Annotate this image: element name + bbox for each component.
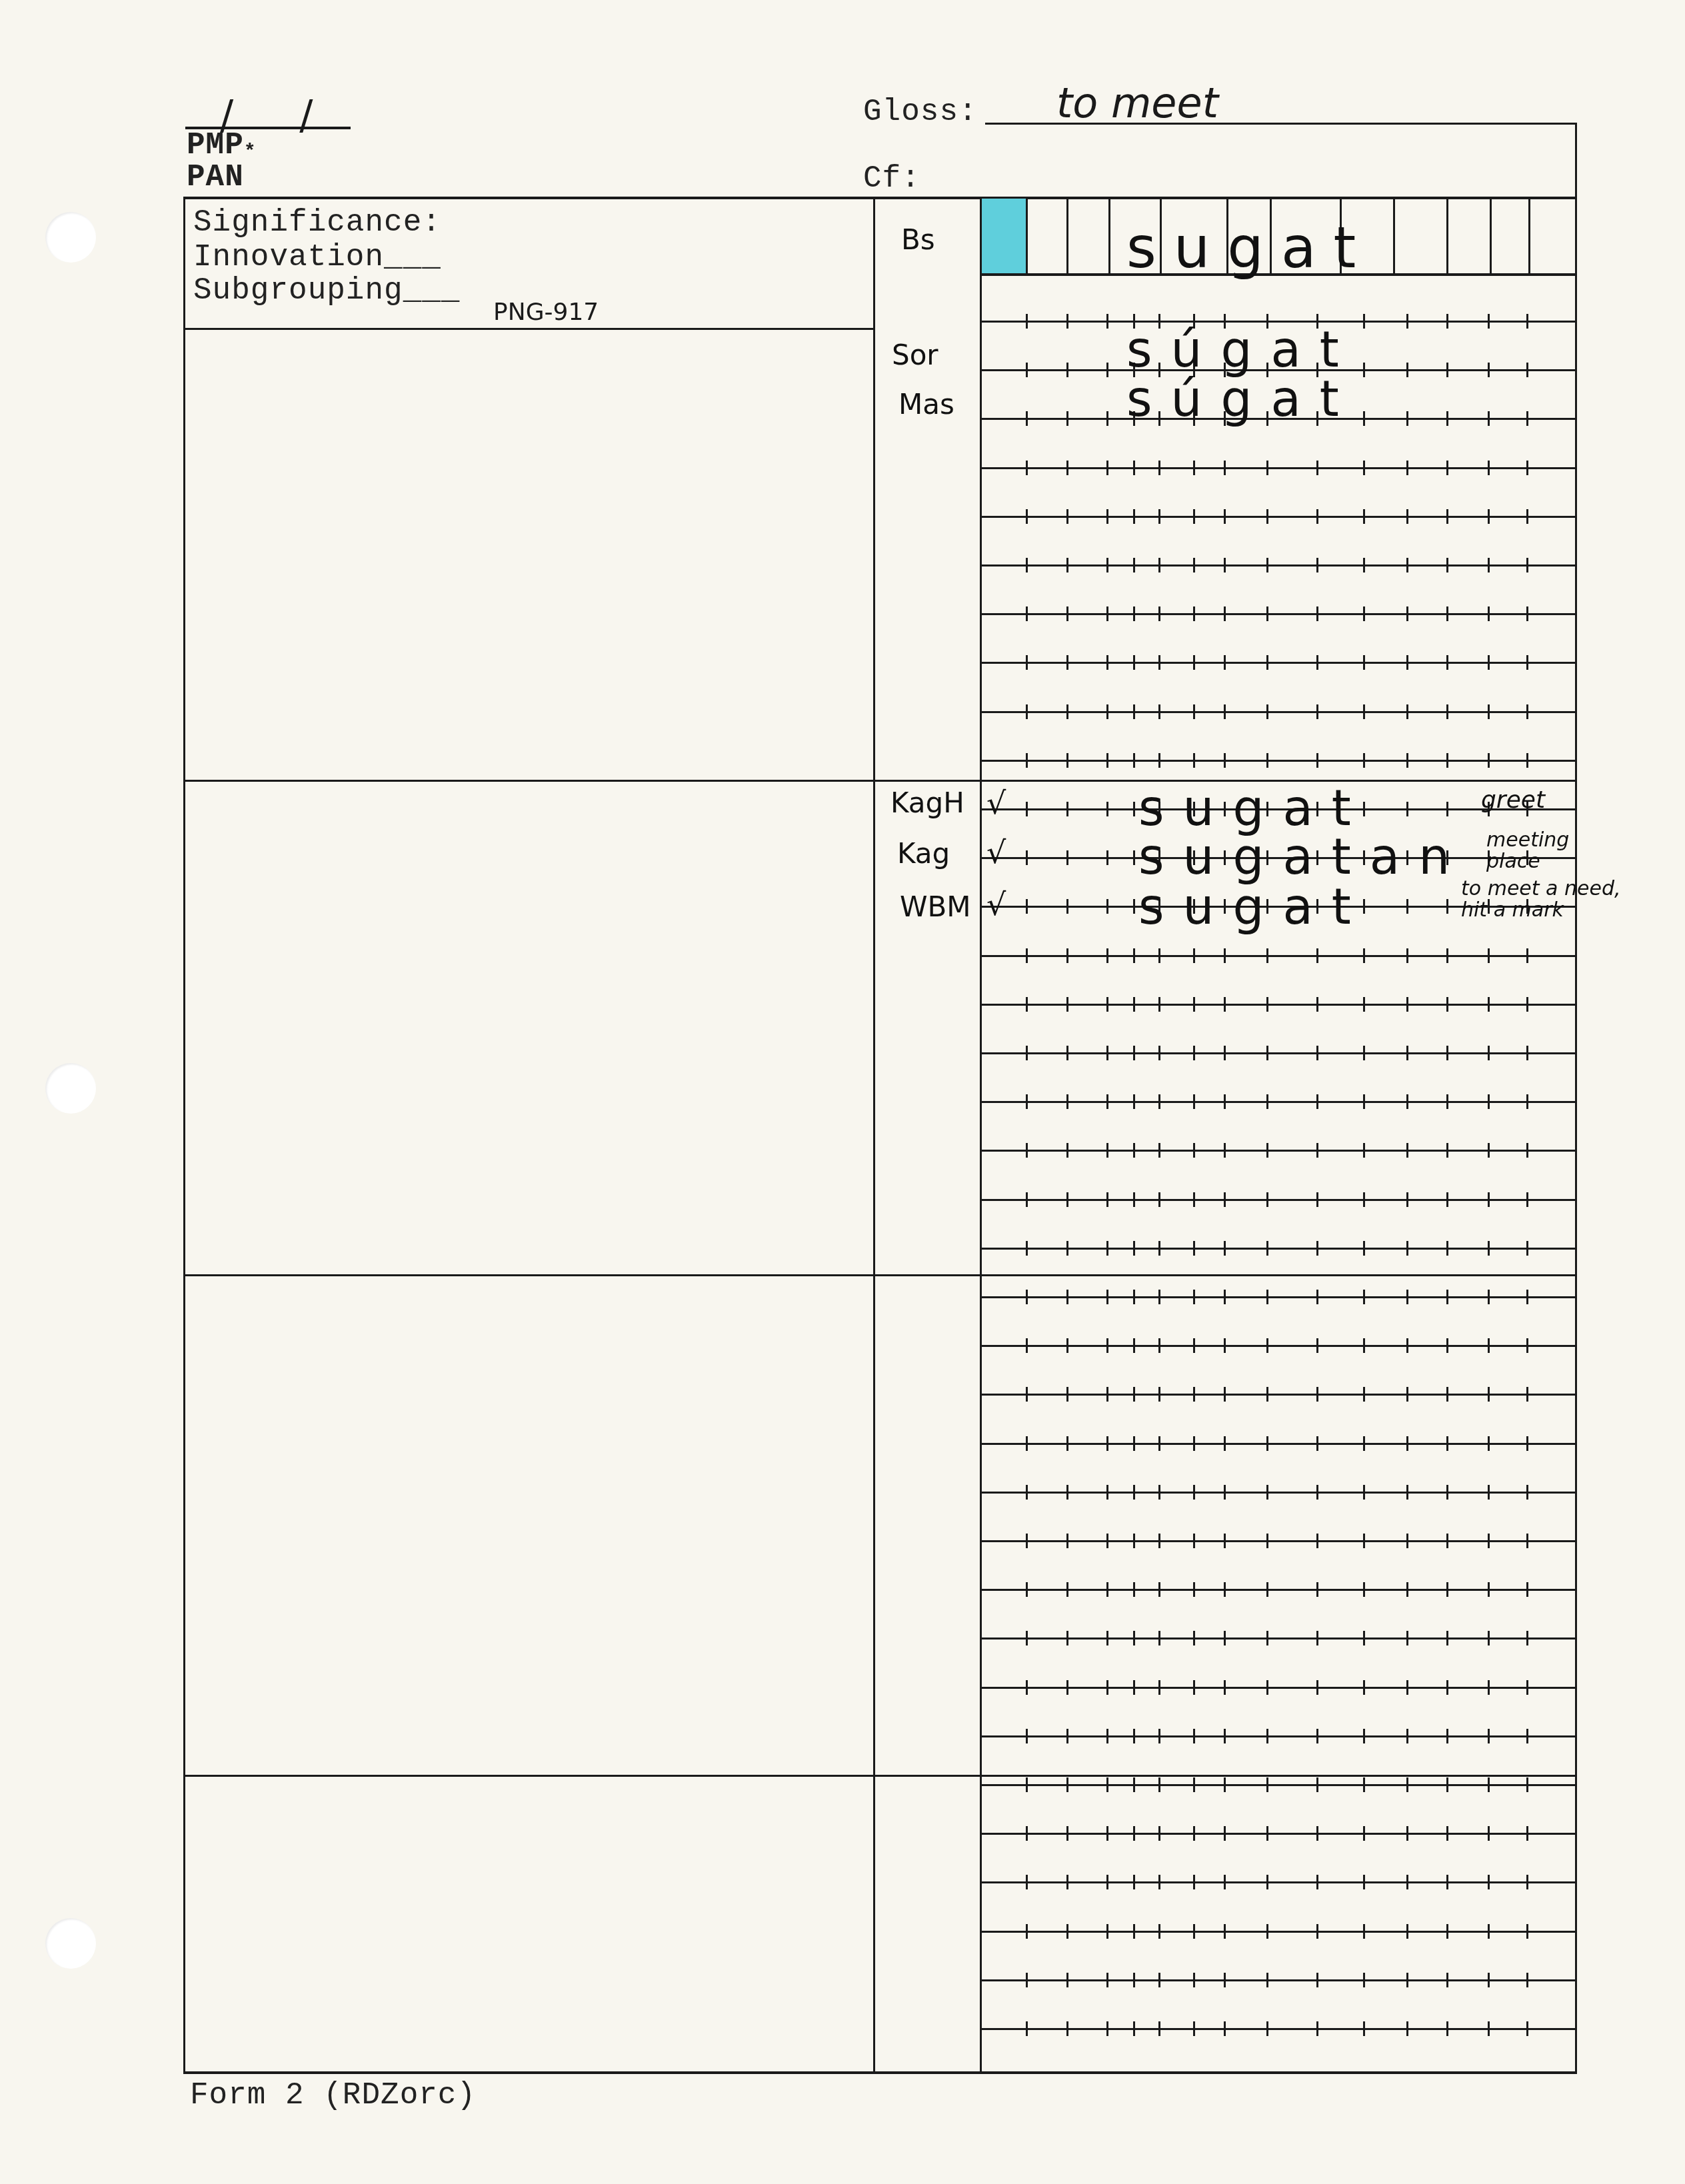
ruled-tick [1363, 655, 1365, 670]
ruled-tick [1224, 606, 1226, 621]
ruled-tick [1106, 1631, 1108, 1645]
ruled-tick [1026, 1973, 1028, 1987]
ruled-tick [1066, 1241, 1068, 1256]
ruled-tick [1224, 1046, 1226, 1060]
frame-bottom [183, 2071, 1577, 2074]
ruled-tick [1224, 1338, 1226, 1353]
ruled-tick [1224, 1290, 1226, 1304]
ruled-tick [1488, 1680, 1490, 1695]
ruled-tick [1446, 1582, 1448, 1597]
ruled-tick [1488, 1338, 1490, 1353]
ruled-tick [1316, 1924, 1318, 1939]
ruled-tick [1488, 997, 1490, 1012]
ruled-tick [1363, 1485, 1365, 1500]
ruled-tick [1488, 461, 1490, 475]
ruled-tick [1266, 655, 1268, 670]
ruled-tick [1266, 1290, 1268, 1304]
ruled-tick [1158, 948, 1160, 963]
ruled-tick [1026, 1729, 1028, 1743]
ruled-tick [1193, 753, 1195, 768]
language-label: Sor [892, 339, 938, 371]
ruled-tick [1316, 1534, 1318, 1548]
ruled-tick [1406, 1143, 1408, 1158]
ruled-line [980, 1248, 1576, 1250]
ruled-tick [1406, 1924, 1408, 1939]
ruled-line [980, 955, 1576, 957]
ruled-tick [1193, 606, 1195, 621]
ruled-line [980, 613, 1576, 615]
ruled-tick [1193, 704, 1195, 719]
grid-cell-divider [1490, 197, 1492, 273]
ruled-line [980, 1687, 1576, 1689]
ruled-tick [1224, 558, 1226, 572]
ruled-tick [1106, 948, 1108, 963]
subgrouping-field[interactable]: Subgrouping___ [193, 273, 460, 308]
ruled-tick [1488, 1094, 1490, 1109]
ruled-line [980, 711, 1576, 713]
ruled-tick [1446, 1729, 1448, 1743]
ruled-tick [1488, 1875, 1490, 1889]
ruled-tick [1193, 655, 1195, 670]
ruled-tick [1026, 802, 1028, 816]
ruled-tick [1224, 1777, 1226, 1792]
ruled-line [980, 1833, 1576, 1835]
ruled-line [980, 1979, 1576, 1981]
language-form: sugatan [1138, 828, 1468, 886]
ruled-tick [1406, 1338, 1408, 1353]
ruled-tick [1363, 1826, 1365, 1841]
ruled-tick [1224, 2021, 1226, 2036]
ruled-tick [1488, 1436, 1490, 1451]
ruled-tick [1488, 558, 1490, 572]
ruled-tick [1363, 1436, 1365, 1451]
ruled-tick [1526, 753, 1528, 768]
ruled-tick [1526, 314, 1528, 329]
ruled-tick [1224, 1973, 1226, 1987]
ruled-tick [1488, 948, 1490, 963]
ruled-tick [1446, 1924, 1448, 1939]
ruled-tick [1488, 655, 1490, 670]
ruled-tick [1316, 753, 1318, 768]
ruled-tick [1158, 1875, 1160, 1889]
ruled-tick [1193, 509, 1195, 524]
ruled-tick [1106, 1582, 1108, 1597]
ruled-tick [1133, 753, 1135, 768]
ruled-tick [1106, 2021, 1108, 2036]
ruled-tick [1363, 606, 1365, 621]
ruled-tick [1133, 2021, 1135, 2036]
ruled-tick [1316, 1826, 1318, 1841]
ruled-tick [1526, 1777, 1528, 1792]
ruled-line [980, 1101, 1576, 1103]
ruled-tick [1526, 1192, 1528, 1207]
ruled-tick [1316, 655, 1318, 670]
grid-cell-divider [1393, 197, 1395, 273]
ruled-tick [1224, 1534, 1226, 1548]
ruled-tick [1133, 1485, 1135, 1500]
ruled-tick [1158, 1241, 1160, 1256]
innovation-field[interactable]: Innovation___ [193, 240, 441, 275]
ruled-tick [1363, 314, 1365, 329]
ruled-tick [1266, 2021, 1268, 2036]
ruled-tick [1193, 1143, 1195, 1158]
ruled-tick [1446, 1094, 1448, 1109]
ruled-tick [1193, 1777, 1195, 1792]
ruled-tick [1133, 558, 1135, 572]
ruled-tick [1446, 753, 1448, 768]
ruled-tick [1363, 509, 1365, 524]
ruled-tick [1066, 704, 1068, 719]
ruled-tick [1526, 1143, 1528, 1158]
ruled-tick [1446, 1143, 1448, 1158]
ruled-tick [1316, 558, 1318, 572]
ruled-line [980, 564, 1576, 566]
ruled-tick [1224, 704, 1226, 719]
ruled-tick [1526, 1631, 1528, 1645]
ruled-tick [1488, 1729, 1490, 1743]
ruled-tick [1266, 1485, 1268, 1500]
ruled-tick [1158, 2021, 1160, 2036]
ruled-line [980, 1004, 1576, 1006]
ruled-tick [1026, 606, 1028, 621]
ruled-tick [1158, 1729, 1160, 1743]
language-label: Mas [898, 388, 954, 421]
ruled-tick [1446, 1387, 1448, 1402]
ruled-tick [1133, 461, 1135, 475]
ruled-tick [1066, 1143, 1068, 1158]
cf-label[interactable]: Cf: [863, 161, 920, 196]
ruled-tick [1446, 997, 1448, 1012]
ruled-tick [1316, 1290, 1318, 1304]
ruled-tick [1363, 1631, 1365, 1645]
ruled-tick [1446, 1436, 1448, 1451]
grid-cell-divider [1528, 197, 1530, 273]
ruled-tick [1158, 461, 1160, 475]
ruled-tick [1446, 1826, 1448, 1841]
ruled-tick [1133, 1338, 1135, 1353]
grid-cell-divider [1026, 197, 1028, 273]
ruled-tick [1026, 1924, 1028, 1939]
ruled-tick [1266, 1094, 1268, 1109]
ruled-tick [1266, 1582, 1268, 1597]
ruled-tick [1026, 1387, 1028, 1402]
ruled-tick [1133, 1192, 1135, 1207]
ruled-tick [1066, 1436, 1068, 1451]
ruled-line [980, 1345, 1576, 1347]
ruled-tick [1066, 1046, 1068, 1060]
ruled-tick [1406, 1485, 1408, 1500]
ruled-tick [1026, 461, 1028, 475]
ruled-tick [1133, 1582, 1135, 1597]
ruled-tick [1066, 850, 1068, 865]
ruled-tick [1446, 606, 1448, 621]
ruled-tick [1266, 1777, 1268, 1792]
ruled-tick [1026, 1046, 1028, 1060]
ruled-tick [1106, 1143, 1108, 1158]
ruled-line [980, 1492, 1576, 1494]
ruled-tick [1066, 1729, 1068, 1743]
ruled-tick [1133, 802, 1135, 816]
check-mark: √ [986, 886, 1006, 922]
ruled-tick [1193, 558, 1195, 572]
ruled-tick [1526, 1875, 1528, 1889]
ruled-tick [1224, 1875, 1226, 1889]
ruled-tick [1363, 411, 1365, 426]
ruled-tick [1193, 1534, 1195, 1548]
ruled-tick [1316, 1192, 1318, 1207]
ruled-tick [1406, 1582, 1408, 1597]
ruled-tick [1526, 1924, 1528, 1939]
ruled-tick [1406, 314, 1408, 329]
ruled-tick [1106, 802, 1108, 816]
ruled-tick [1488, 1534, 1490, 1548]
ruled-tick [1224, 1436, 1226, 1451]
ruled-tick [1066, 1777, 1068, 1792]
ruled-tick [1106, 1973, 1108, 1987]
ruled-tick [1158, 655, 1160, 670]
ruled-tick [1488, 1582, 1490, 1597]
ruled-tick [1406, 2021, 1408, 2036]
ruled-tick [1066, 1582, 1068, 1597]
ruled-tick [1158, 1826, 1160, 1841]
ruled-tick [1488, 1143, 1490, 1158]
ruled-tick [1193, 1631, 1195, 1645]
ruled-line [980, 1784, 1576, 1786]
ruled-tick [1224, 461, 1226, 475]
ruled-tick [1406, 704, 1408, 719]
ruled-tick [1266, 558, 1268, 572]
ruled-tick [1446, 558, 1448, 572]
ruled-tick [1026, 1436, 1028, 1451]
ruled-tick [1316, 997, 1318, 1012]
ruled-tick [1133, 948, 1135, 963]
ruled-line [980, 1443, 1576, 1445]
ruled-tick [1158, 1338, 1160, 1353]
gloss-note: greet [1481, 790, 1545, 811]
ruled-tick [1406, 1631, 1408, 1645]
ruled-tick [1133, 1680, 1135, 1695]
ruled-tick [1406, 1436, 1408, 1451]
ruled-tick [1066, 753, 1068, 768]
ruled-tick [1026, 899, 1028, 914]
ruled-tick [1133, 1875, 1135, 1889]
ruled-tick [1316, 1777, 1318, 1792]
ruled-tick [1363, 1046, 1365, 1060]
ruled-tick [1363, 1924, 1365, 1939]
ruled-tick [1026, 1192, 1028, 1207]
ruled-tick [1066, 899, 1068, 914]
ruled-tick [1106, 655, 1108, 670]
ruled-tick [1316, 1436, 1318, 1451]
ruled-tick [1158, 1046, 1160, 1060]
ruled-tick [1106, 606, 1108, 621]
ruled-tick [1363, 1875, 1365, 1889]
punch-hole [45, 1918, 96, 1969]
ruled-tick [1106, 1338, 1108, 1353]
ruled-tick [1106, 899, 1108, 914]
ruled-tick [1316, 606, 1318, 621]
ruled-tick [1193, 1338, 1195, 1353]
ruled-tick [1066, 1192, 1068, 1207]
punch-hole [45, 1063, 96, 1114]
ruled-tick [1193, 1192, 1195, 1207]
ruled-tick [1266, 1192, 1268, 1207]
ruled-tick [1133, 1826, 1135, 1841]
ruled-tick [1026, 655, 1028, 670]
ruled-tick [1316, 1046, 1318, 1060]
ruled-tick [1363, 1729, 1365, 1743]
ruled-tick [1106, 1924, 1108, 1939]
ruled-line [980, 2028, 1576, 2030]
ruled-tick [1488, 1924, 1490, 1939]
ruled-tick [1066, 1631, 1068, 1645]
ruled-tick [1026, 558, 1028, 572]
ruled-tick [1316, 509, 1318, 524]
ruled-tick [1224, 655, 1226, 670]
ruled-tick [1406, 1777, 1408, 1792]
ruled-tick [1224, 1582, 1226, 1597]
ruled-tick [1446, 1875, 1448, 1889]
ruled-tick [1446, 802, 1448, 816]
ruled-tick [1158, 1582, 1160, 1597]
ruled-tick [1158, 1143, 1160, 1158]
ruled-tick [1406, 411, 1408, 426]
ruled-tick [1066, 2021, 1068, 2036]
ruled-tick [1446, 948, 1448, 963]
ruled-tick [1193, 1290, 1195, 1304]
ruled-tick [1133, 1387, 1135, 1402]
ruled-tick [1266, 1631, 1268, 1645]
ruled-tick [1193, 1241, 1195, 1256]
highlight-cell [982, 199, 1026, 273]
ruled-tick [1193, 997, 1195, 1012]
ruled-tick [1316, 1338, 1318, 1353]
ruled-tick [1488, 314, 1490, 329]
ruled-line [980, 1150, 1576, 1152]
ruled-tick [1066, 997, 1068, 1012]
ruled-tick [1158, 753, 1160, 768]
ruled-tick [1193, 1680, 1195, 1695]
ruled-tick [1526, 606, 1528, 621]
ruled-tick [1133, 1631, 1135, 1645]
language-form: súgat [1126, 371, 1358, 428]
ruled-tick [1406, 1826, 1408, 1841]
ruled-tick [1066, 411, 1068, 426]
ruled-tick [1488, 411, 1490, 426]
ruled-tick [1446, 1192, 1448, 1207]
ruled-tick [1316, 461, 1318, 475]
ruled-tick [1316, 1143, 1318, 1158]
ruled-tick [1446, 1046, 1448, 1060]
ruled-tick [1526, 1338, 1528, 1353]
ruled-tick [1363, 1192, 1365, 1207]
ruled-tick [1158, 1290, 1160, 1304]
ruled-tick [1446, 314, 1448, 329]
ruled-tick [1406, 802, 1408, 816]
ruled-tick [1066, 558, 1068, 572]
ruled-tick [1193, 1094, 1195, 1109]
ruled-tick [1066, 1094, 1068, 1109]
ruled-tick [1446, 899, 1448, 914]
grid-cell-divider [1066, 197, 1068, 273]
frame-left [183, 197, 185, 2073]
ruled-tick [1133, 1973, 1135, 1987]
ruled-tick [1133, 1094, 1135, 1109]
gloss-value[interactable]: to meet [1056, 79, 1218, 127]
ruled-tick [1066, 1534, 1068, 1548]
grid-cell-divider [1446, 197, 1448, 273]
ruled-tick [1026, 1094, 1028, 1109]
ruled-tick [1406, 1192, 1408, 1207]
ruled-tick [1066, 948, 1068, 963]
ruled-tick [1158, 1485, 1160, 1500]
pan-label: PAN [187, 160, 244, 195]
ruled-tick [1193, 1924, 1195, 1939]
ruled-tick [1526, 1241, 1528, 1256]
ruled-tick [1133, 1290, 1135, 1304]
ruled-tick [1526, 704, 1528, 719]
ruled-tick [1446, 509, 1448, 524]
ruled-tick [1266, 606, 1268, 621]
ruled-tick [1266, 1826, 1268, 1841]
ruled-tick [1488, 1046, 1490, 1060]
ruled-tick [1363, 1143, 1365, 1158]
ruled-tick [1266, 1534, 1268, 1548]
ruled-tick [1446, 1534, 1448, 1548]
ruled-tick [1526, 655, 1528, 670]
gloss-label: Gloss: [863, 95, 978, 129]
ruled-tick [1406, 899, 1408, 914]
ruled-tick [1066, 1973, 1068, 1987]
ruled-tick [1066, 1875, 1068, 1889]
grid-cell-divider [1108, 197, 1110, 273]
ruled-tick [1316, 948, 1318, 963]
ruled-line [980, 760, 1576, 762]
ruled-tick [1316, 1094, 1318, 1109]
ruled-tick [1026, 1631, 1028, 1645]
ruled-tick [1158, 1436, 1160, 1451]
ruled-tick [1363, 1241, 1365, 1256]
ruled-tick [1488, 606, 1490, 621]
ruled-tick [1224, 1143, 1226, 1158]
ruled-tick [1026, 1485, 1028, 1500]
ruled-tick [1266, 1436, 1268, 1451]
base-form: sugat [1126, 215, 1373, 281]
ruled-tick [1224, 1924, 1226, 1939]
ruled-tick [1526, 1729, 1528, 1743]
ruled-tick [1526, 1046, 1528, 1060]
ruled-tick [1026, 2021, 1028, 2036]
ruled-tick [1406, 558, 1408, 572]
ruled-tick [1133, 1241, 1135, 1256]
gloss-underline [985, 123, 1577, 125]
ruled-tick [1526, 1436, 1528, 1451]
ruled-tick [1266, 1729, 1268, 1743]
ruled-tick [1316, 1729, 1318, 1743]
gloss-note: meeting place [1486, 830, 1586, 872]
ruled-tick [1363, 1680, 1365, 1695]
ruled-line [980, 1199, 1576, 1201]
ruled-tick [1266, 1973, 1268, 1987]
ruled-tick [1266, 1143, 1268, 1158]
ruled-tick [1193, 461, 1195, 475]
ruled-tick [1193, 1387, 1195, 1402]
ruled-tick [1106, 1875, 1108, 1889]
ruled-tick [1316, 1680, 1318, 1695]
ruled-tick [1158, 1924, 1160, 1939]
ruled-tick [1106, 558, 1108, 572]
ruled-tick [1193, 1973, 1195, 1987]
